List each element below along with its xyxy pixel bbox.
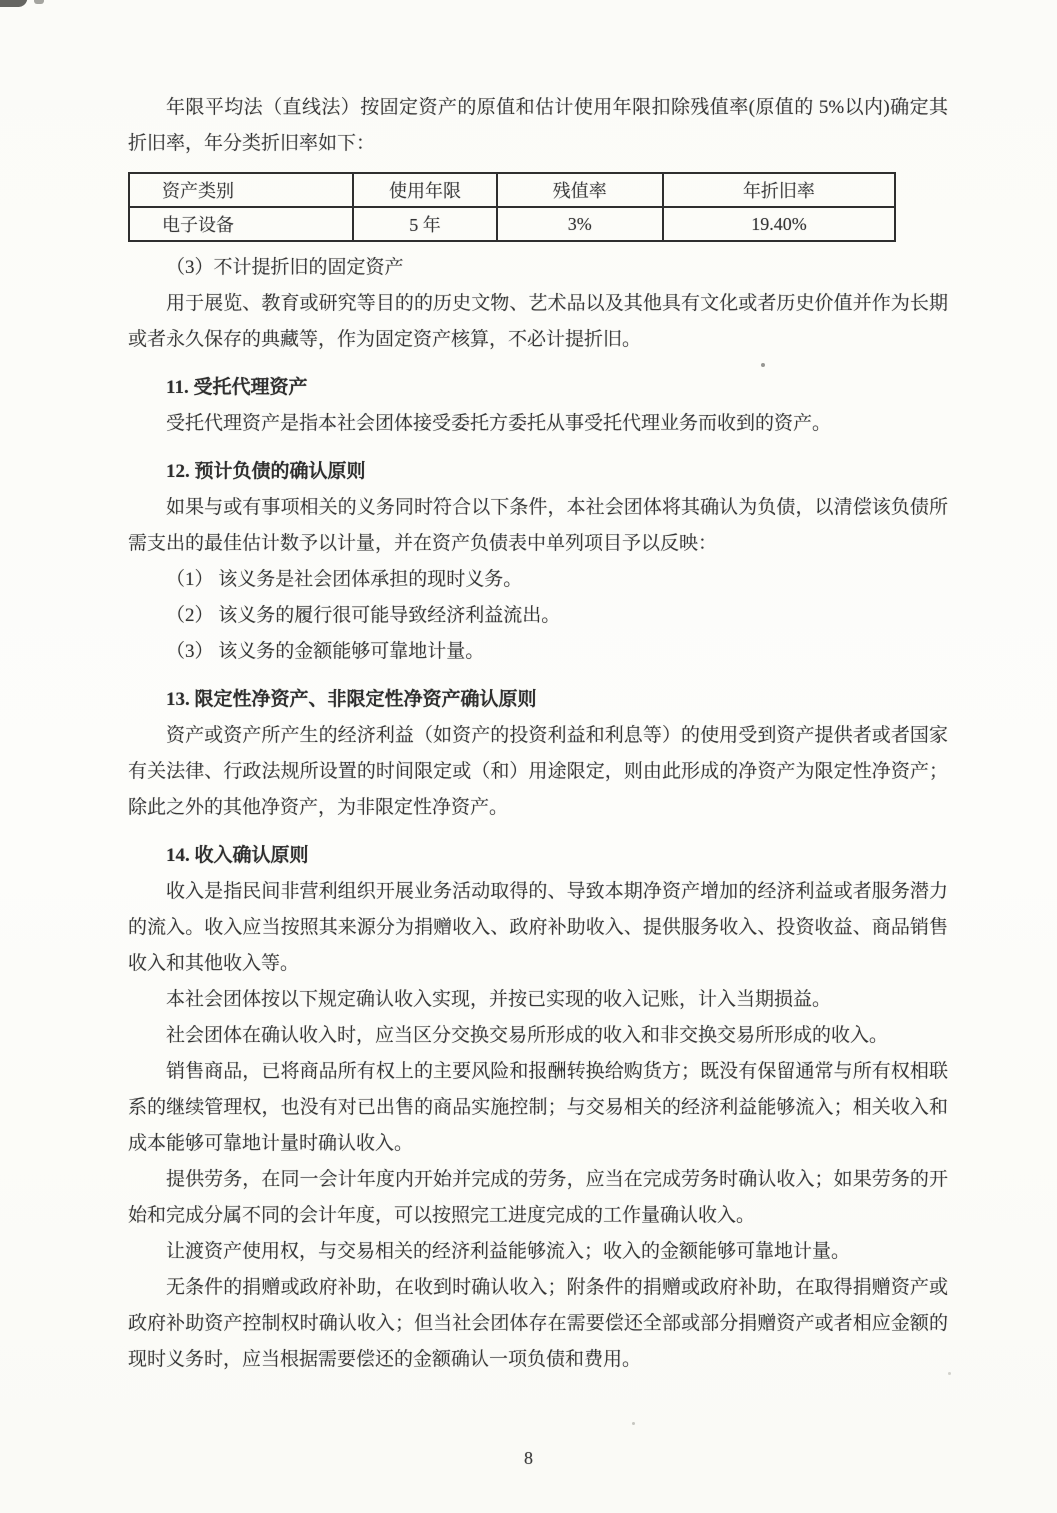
section-heading: 13. 限定性净资产、非限定性净资产确认原则 — [128, 682, 948, 718]
list-item: （2） 该义务的履行很可能导致经济利益流出。 — [128, 598, 948, 634]
list-item: （3） 该义务的金额能够可靠地计量。 — [128, 634, 948, 670]
page-number: 8 — [0, 1448, 1057, 1469]
paragraph: 用于展览、教育或研究等目的的历史文物、艺术品以及其他具有文化或者历史价值并作为长… — [128, 286, 948, 358]
paragraph: 资产或资产所产生的经济利益（如资产的投资利益和利息等）的使用受到资产提供者或者国… — [128, 718, 948, 826]
paragraph: 销售商品，已将商品所有权上的主要风险和报酬转换给购货方；既没有保留通常与所有权相… — [128, 1054, 948, 1162]
paragraph: 如果与或有事项相关的义务同时符合以下条件，本社会团体将其确认为负债，以清偿该负债… — [128, 490, 948, 562]
list-item: （1） 该义务是社会团体承担的现时义务。 — [128, 562, 948, 598]
paragraph: 年限平均法（直线法）按固定资产的原值和估计使用年限扣除残值率(原值的 5%以内)… — [128, 90, 948, 162]
section-heading: 12. 预计负债的确认原则 — [128, 454, 948, 490]
table-row: 电子设备5 年3%19.40% — [129, 207, 895, 241]
section-heading: 14. 收入确认原则 — [128, 838, 948, 874]
table-cell: 19.40% — [663, 207, 895, 241]
paragraph: 社会团体在确认收入时，应当区分交换交易所形成的收入和非交换交易所形成的收入。 — [128, 1018, 948, 1054]
paragraph: 提供劳务，在同一会计年度内开始并完成的劳务，应当在完成劳务时确认收入；如果劳务的… — [128, 1162, 948, 1234]
document-page: 年限平均法（直线法）按固定资产的原值和估计使用年限扣除残值率(原值的 5%以内)… — [0, 0, 1057, 1513]
table-cell: 电子设备 — [129, 207, 353, 241]
paragraph: 受托代理资产是指本社会团体接受委托方委托从事受托代理业务而收到的资产。 — [128, 406, 948, 442]
scan-speck — [632, 1422, 635, 1425]
paragraph: （3）不计提折旧的固定资产 — [128, 250, 948, 286]
table-cell: 3% — [497, 207, 663, 241]
table-header-cell: 资产类别 — [129, 173, 353, 207]
table-header-cell: 使用年限 — [353, 173, 496, 207]
table-header-cell: 年折旧率 — [663, 173, 895, 207]
table-cell: 5 年 — [353, 207, 496, 241]
paragraph: 本社会团体按以下规定确认收入实现，并按已实现的收入记账，计入当期损益。 — [128, 982, 948, 1018]
paragraph: 让渡资产使用权，与交易相关的经济利益能够流入；收入的金额能够可靠地计量。 — [128, 1234, 948, 1270]
paragraph: 无条件的捐赠或政府补助，在收到时确认收入；附条件的捐赠或政府补助，在取得捐赠资产… — [128, 1270, 948, 1378]
section-heading: 11. 受托代理资产 — [128, 370, 948, 406]
depreciation-table: 资产类别使用年限残值率年折旧率电子设备5 年3%19.40% — [128, 172, 896, 242]
scan-artifact-corner-2 — [34, 0, 44, 4]
paragraph: 收入是指民间非营利组织开展业务活动取得的、导致本期净资产增加的经济利益或者服务潜… — [128, 874, 948, 982]
table-header-cell: 残值率 — [497, 173, 663, 207]
scan-speck — [948, 1372, 951, 1375]
scan-artifact-corner — [0, 0, 27, 7]
document-content: 年限平均法（直线法）按固定资产的原值和估计使用年限扣除残值率(原值的 5%以内)… — [128, 90, 948, 1378]
